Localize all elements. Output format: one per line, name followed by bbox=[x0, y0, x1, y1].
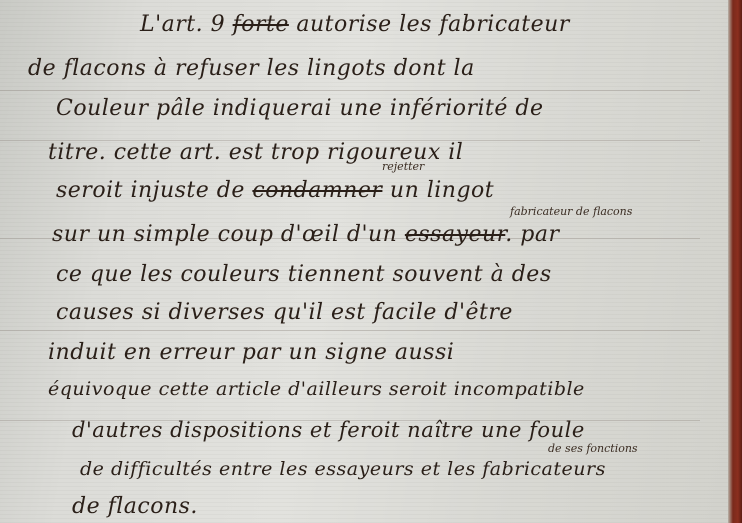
manuscript-line-9: induit en erreur par un signe aussi bbox=[48, 340, 454, 365]
interlinear-correction-2: fabricateur de flacons bbox=[510, 205, 632, 218]
manuscript-line-5: seroit injuste de condamner un lingot bbox=[56, 178, 494, 203]
struck-word: forte bbox=[233, 12, 289, 37]
manuscript-line-7: ce que les couleurs tiennent souvent à d… bbox=[56, 262, 552, 287]
interlinear-correction-3: de ses fonctions bbox=[548, 442, 638, 455]
manuscript-line-10: équivoque cette article d'ailleurs seroi… bbox=[48, 378, 585, 400]
manuscript-line-2: de flacons à refuser les lingots dont la bbox=[28, 56, 475, 81]
manuscript-page: L'art. 9 forte autorise les fabricateur … bbox=[0, 0, 728, 523]
manuscript-line-6: sur un simple coup d'œil d'un essayeur. … bbox=[52, 222, 559, 247]
manuscript-line-13: de flacons. bbox=[72, 494, 198, 519]
manuscript-line-11: d'autres dispositions et feroit naître u… bbox=[72, 418, 585, 442]
manuscript-line-1: L'art. 9 forte autorise les fabricateur bbox=[140, 12, 570, 37]
struck-word: condamner bbox=[252, 178, 382, 203]
interlinear-correction-1: rejetter bbox=[382, 160, 424, 173]
binding-edge bbox=[728, 0, 742, 523]
struck-word: essayeur bbox=[405, 222, 505, 247]
manuscript-line-12: de difficultés entre les essayeurs et le… bbox=[80, 458, 606, 480]
manuscript-line-3: Couleur pâle indiquerai une infériorité … bbox=[56, 96, 544, 121]
manuscript-line-8: causes si diverses qu'il est facile d'êt… bbox=[56, 300, 513, 325]
